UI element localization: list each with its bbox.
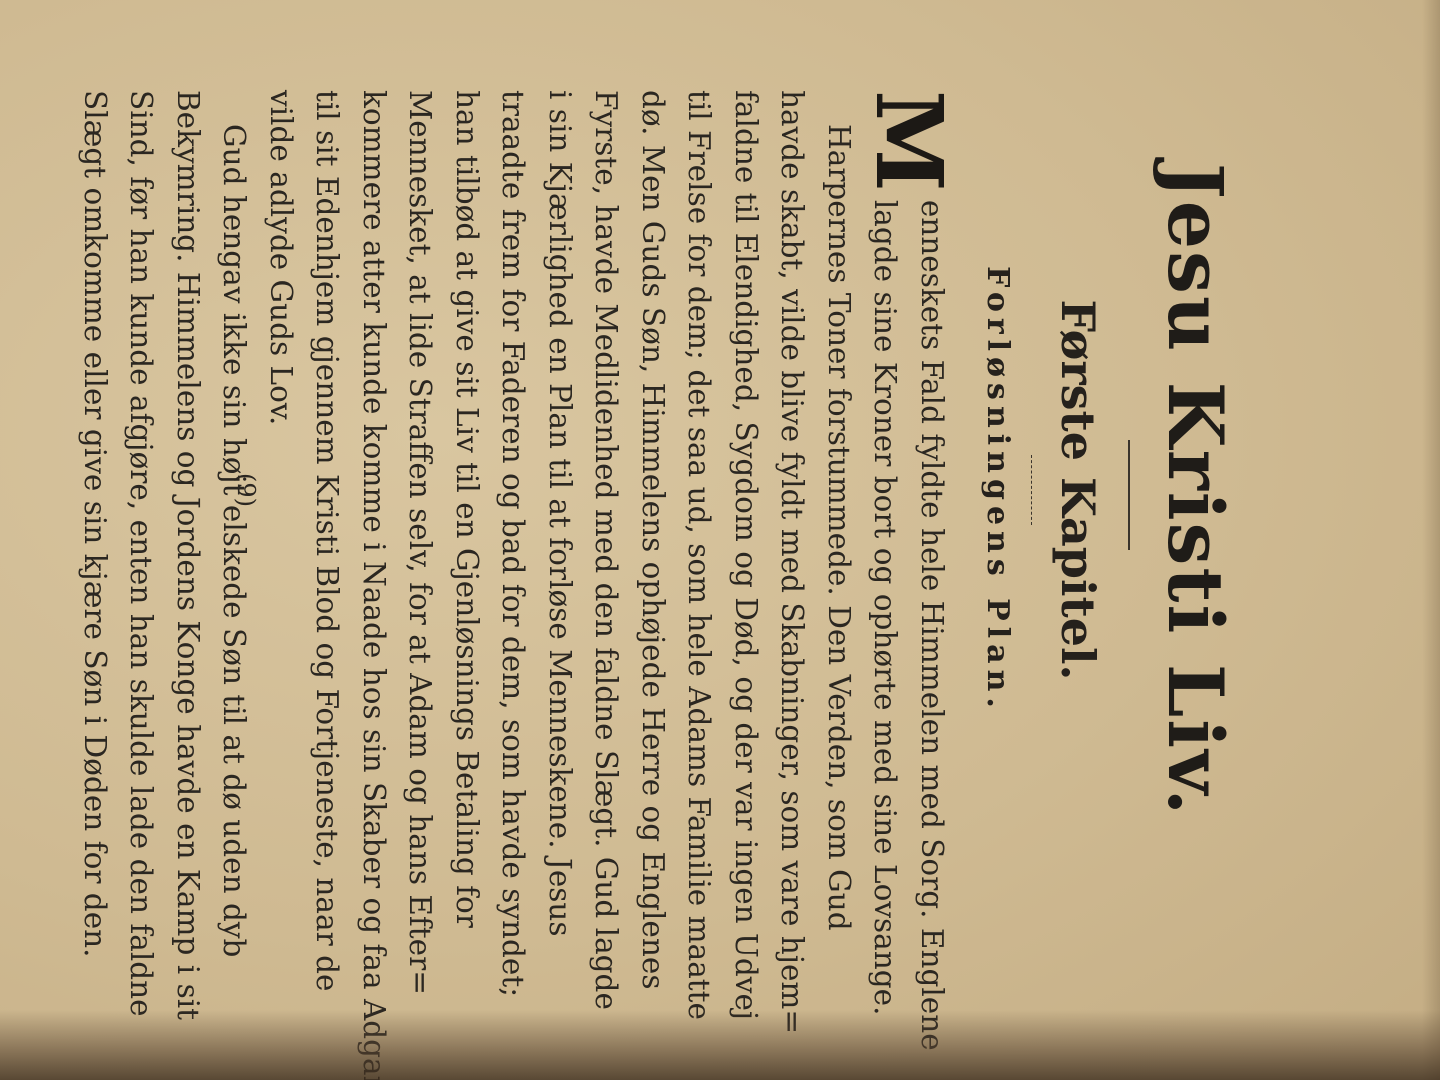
book-page: Jesu Kristi Liv. Første Kapitel. Forløsn… [200, 60, 1300, 920]
text-line: Fyrste, havde Medlidenhed med den faldne… [583, 90, 630, 880]
chapter-divider [1031, 455, 1032, 525]
text-line: Slægt omkomme eller give sin kjære Søn i… [72, 90, 119, 880]
text-line: til sit Edenhjem gjennem Kristi Blod og … [304, 90, 351, 880]
bottom-shadow [0, 1010, 1440, 1080]
title-divider [1128, 440, 1130, 550]
text-line: havde skabt, vilde blive fyldt med Skabn… [769, 90, 816, 880]
text-line: kommere atter kunde komme i Naade hos si… [351, 90, 398, 880]
text-line: faldne til Elendighed, Sygdom og Død, og… [723, 90, 770, 880]
text-line: til Frelse for dem; det saa ud, som hele… [676, 90, 723, 880]
text-line: Harpernes Toner forstummede. Den Verden,… [816, 90, 863, 880]
text-line: enneskets Fald fyldte hele Himmelen med … [909, 90, 956, 880]
page-edge-shadow [1422, 0, 1440, 1080]
text-line: dø. Men Guds Søn, Himmelens ophøjede Her… [630, 90, 677, 880]
text-line: han tilbød at give sit Liv til en Gjenlø… [444, 90, 491, 880]
text-line: traadte frem for Faderen og bad for dem,… [490, 90, 537, 880]
text-line: vilde adlyde Guds Lov. [258, 90, 305, 880]
text-line: Bekymring. Himmelens og Jordens Konge ha… [165, 90, 212, 880]
chapter-heading: Første Kapitel. [1051, 60, 1105, 920]
text-line: Mennesket, at lide Straffen selv, for at… [397, 90, 444, 880]
body-text: M enneskets Fald fyldte hele Himmelen me… [72, 90, 956, 880]
page-title: Jesu Kristi Liv. [1151, 60, 1240, 920]
page-number: (9) [232, 60, 260, 920]
section-heading: Forløsningens Plan. [980, 60, 1015, 920]
text-line: lagde sine Kroner bort og ophørte med si… [862, 90, 909, 880]
text-line: i sin Kjærlighed en Plan til at forløse … [537, 90, 584, 880]
text-line: Sind, før han kunde afgjøre, enten han s… [118, 90, 165, 880]
drop-cap: M [865, 90, 953, 192]
